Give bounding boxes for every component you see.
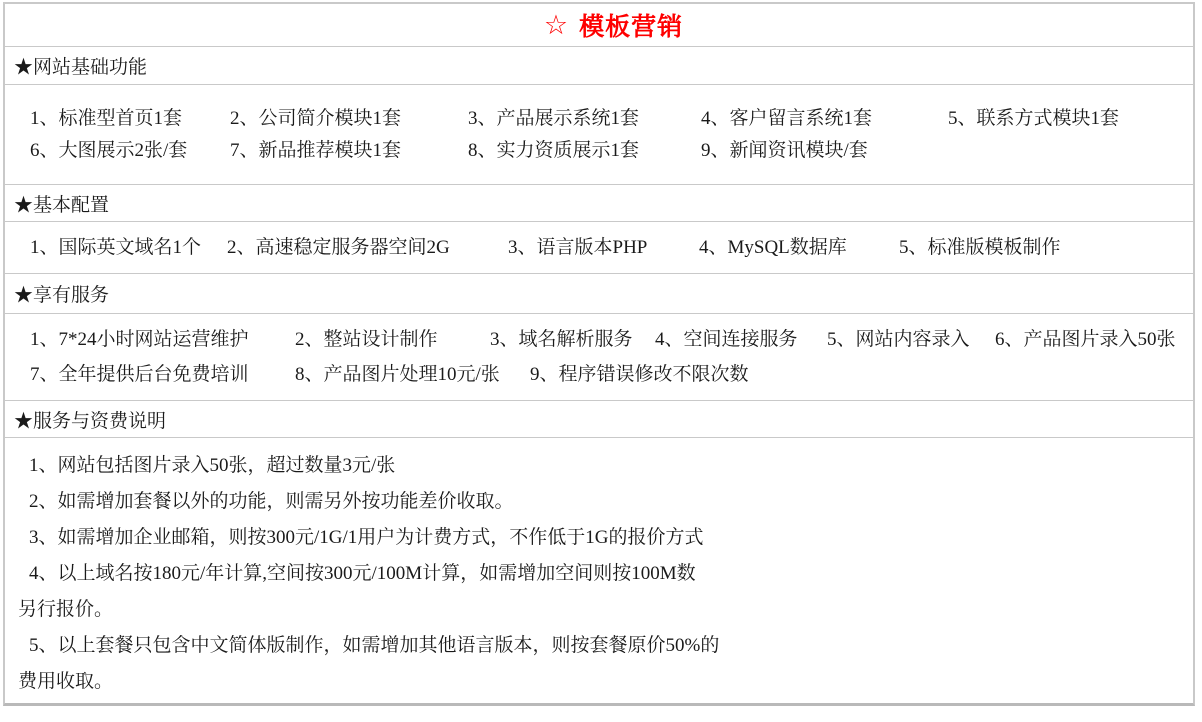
feature-item: 7、新品推荐模块1套	[230, 135, 468, 167]
feature-line: 1、标准型首页1套 2、公司简介模块1套 3、产品展示系统1套 4、客户留言系统…	[30, 103, 1193, 135]
section-header-basic-functions: ★网站基础功能	[5, 46, 1193, 84]
feature-item: 5、标准版模板制作	[899, 232, 1061, 264]
feature-item: 9、程序错误修改不限次数	[530, 357, 749, 392]
feature-item: 2、高速稳定服务器空间2G	[227, 232, 508, 264]
feature-item: 1、7*24小时网站运营维护	[30, 322, 295, 357]
note-line: 5、以上套餐只包含中文简体版制作，如需增加其他语言版本，则按套餐原价50%的	[5, 628, 1193, 664]
section-content-service-fee-notes: 1、网站包括图片录入50张，超过数量3元/张 2、如需增加套餐以外的功能，则需另…	[5, 437, 1193, 703]
feature-item: 2、公司简介模块1套	[230, 103, 468, 135]
section-header-label: ★基本配置	[14, 190, 1193, 217]
section-header-label: ★网站基础功能	[14, 52, 1193, 79]
section-header-included-services: ★享有服务	[5, 273, 1193, 313]
feature-item: 3、域名解析服务	[490, 322, 655, 357]
section-header-label: ★服务与资费说明	[14, 406, 1193, 433]
note-line: 4、以上域名按180元/年计算,空间按300元/100M计算，如需增加空间则按1…	[5, 556, 1193, 592]
section-header-label: ★享有服务	[14, 280, 1193, 307]
pricing-table: ☆ 模板营销 ★网站基础功能 1、标准型首页1套 2、公司简介模块1套 3、产品…	[3, 2, 1195, 706]
page-title: 模板营销	[579, 7, 683, 43]
feature-item: 4、MySQL数据库	[699, 232, 899, 264]
feature-item: 4、客户留言系统1套	[701, 103, 948, 135]
note-line: 2、如需增加套餐以外的功能，则需另外按功能差价收取。	[5, 484, 1193, 520]
feature-item: 5、网站内容录入	[827, 322, 995, 357]
feature-line: 6、大图展示2张/套 7、新品推荐模块1套 8、实力资质展示1套 9、新闻资讯模…	[30, 135, 1193, 167]
section-content-basic-config: 1、国际英文域名1个 2、高速稳定服务器空间2G 3、语言版本PHP 4、MyS…	[5, 221, 1193, 273]
feature-item: 8、实力资质展示1套	[468, 135, 701, 167]
note-line-continuation: 费用收取。	[5, 664, 1193, 700]
star-icon: ☆	[544, 10, 569, 41]
note-line: 3、如需增加企业邮箱，则按300元/1G/1用户为计费方式，不作低于1G的报价方…	[5, 520, 1193, 556]
feature-item: 8、产品图片处理10元/张	[295, 357, 530, 392]
note-line-continuation: 另行报价。	[5, 592, 1193, 628]
table-title-row: ☆ 模板营销	[5, 4, 1193, 46]
feature-item: 1、标准型首页1套	[30, 103, 230, 135]
feature-item: 9、新闻资讯模块/套	[701, 135, 868, 167]
feature-item: 3、语言版本PHP	[508, 232, 699, 264]
section-content-included-services: 1、7*24小时网站运营维护 2、整站设计制作 3、域名解析服务 4、空间连接服…	[5, 313, 1193, 400]
feature-item: 6、产品图片录入50张	[995, 322, 1176, 357]
feature-item: 7、全年提供后台免费培训	[30, 357, 295, 392]
section-header-service-fee-notes: ★服务与资费说明	[5, 400, 1193, 437]
feature-line: 1、国际英文域名1个 2、高速稳定服务器空间2G 3、语言版本PHP 4、MyS…	[30, 232, 1193, 264]
feature-item: 6、大图展示2张/套	[30, 135, 230, 167]
feature-item: 3、产品展示系统1套	[468, 103, 701, 135]
feature-line: 7、全年提供后台免费培训 8、产品图片处理10元/张 9、程序错误修改不限次数	[30, 357, 1193, 392]
note-line: 1、网站包括图片录入50张，超过数量3元/张	[5, 448, 1193, 484]
feature-line: 1、7*24小时网站运营维护 2、整站设计制作 3、域名解析服务 4、空间连接服…	[30, 322, 1193, 357]
section-content-basic-functions: 1、标准型首页1套 2、公司简介模块1套 3、产品展示系统1套 4、客户留言系统…	[5, 84, 1193, 184]
feature-item: 5、联系方式模块1套	[948, 103, 1119, 135]
feature-item: 4、空间连接服务	[655, 322, 827, 357]
feature-item: 2、整站设计制作	[295, 322, 490, 357]
feature-item: 1、国际英文域名1个	[30, 232, 227, 264]
section-header-basic-config: ★基本配置	[5, 184, 1193, 221]
